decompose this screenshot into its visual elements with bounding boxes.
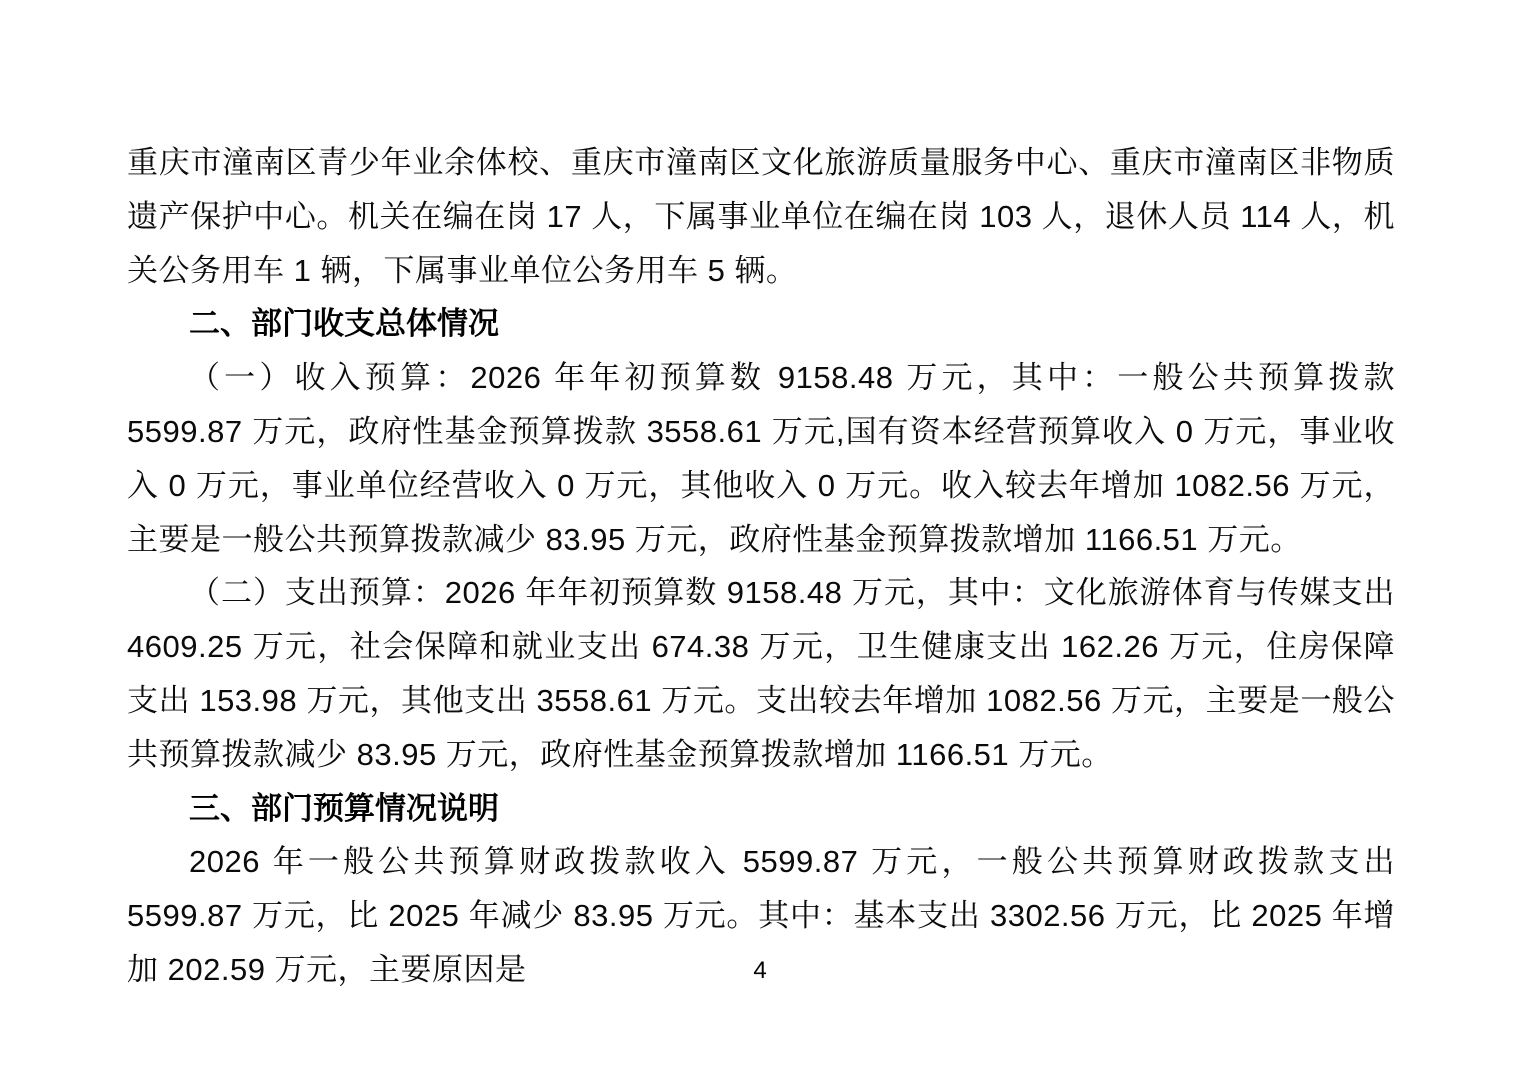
paragraph-org-overview-continuation: 重庆市潼南区青少年业余体校、重庆市潼南区文化旅游质量服务中心、重庆市潼南区非物质…	[127, 136, 1395, 297]
paragraph-income-budget: （一）收入预算：2026 年年初预算数 9158.48 万元，其中：一般公共预算…	[127, 351, 1395, 566]
document-body: 重庆市潼南区青少年业余体校、重庆市潼南区文化旅游质量服务中心、重庆市潼南区非物质…	[127, 136, 1395, 997]
section-heading-income-expense-overview: 二、部门收支总体情况	[127, 297, 1395, 351]
paragraph-expenditure-budget: （二）支出预算：2026 年年初预算数 9158.48 万元，其中：文化旅游体育…	[127, 566, 1395, 781]
section-heading-budget-explanation: 三、部门预算情况说明	[127, 782, 1395, 836]
page-number: 4	[0, 956, 1520, 986]
document-page: 重庆市潼南区青少年业余体校、重庆市潼南区文化旅游质量服务中心、重庆市潼南区非物质…	[0, 0, 1520, 1074]
